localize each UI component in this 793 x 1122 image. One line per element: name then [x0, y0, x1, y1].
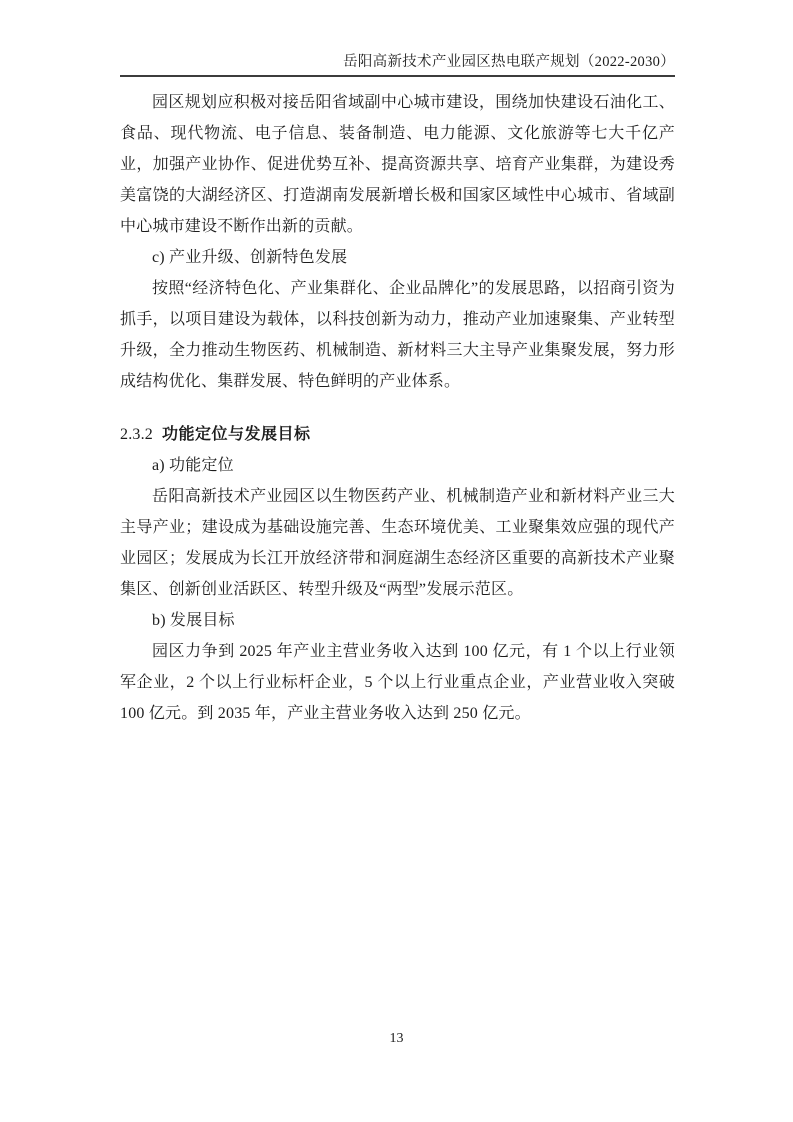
body-paragraph-development-approach: 按照“经济特色化、产业集群化、企业品牌化”的发展思路，以招商引资为抓手，以项目建…	[120, 273, 675, 397]
section-heading-number: 2.3.2	[120, 426, 153, 443]
list-item-a-function-positioning: a) 功能定位	[120, 450, 675, 481]
page-header-title: 岳阳高新技术产业园区热电联产规划（2022-2030）	[120, 52, 675, 72]
page-number: 13	[0, 1030, 793, 1048]
section-heading-title: 功能定位与发展目标	[162, 426, 311, 443]
document-page: 岳阳高新技术产业园区热电联产规划（2022-2030） 园区规划应积极对接岳阳省…	[0, 0, 793, 1122]
list-item-c-industry-upgrade: c) 产业升级、创新特色发展	[120, 242, 675, 273]
body-paragraph-development-goal: 园区力争到 2025 年产业主营业务收入达到 100 亿元，有 1 个以上行业领…	[120, 636, 675, 729]
header-rule-divider	[120, 75, 675, 77]
body-paragraph-function-positioning: 岳阳高新技术产业园区以生物医药产业、机械制造产业和新材料产业三大主导产业；建设成…	[120, 481, 675, 605]
document-body: 园区规划应积极对接岳阳省域副中心城市建设，围绕加快建设石油化工、食品、现代物流、…	[120, 87, 675, 729]
body-paragraph-industry-plan: 园区规划应积极对接岳阳省域副中心城市建设，围绕加快建设石油化工、食品、现代物流、…	[120, 87, 675, 242]
section-heading-2-3-2: 2.3.2功能定位与发展目标	[120, 419, 675, 450]
list-item-b-development-goal: b) 发展目标	[120, 605, 675, 636]
